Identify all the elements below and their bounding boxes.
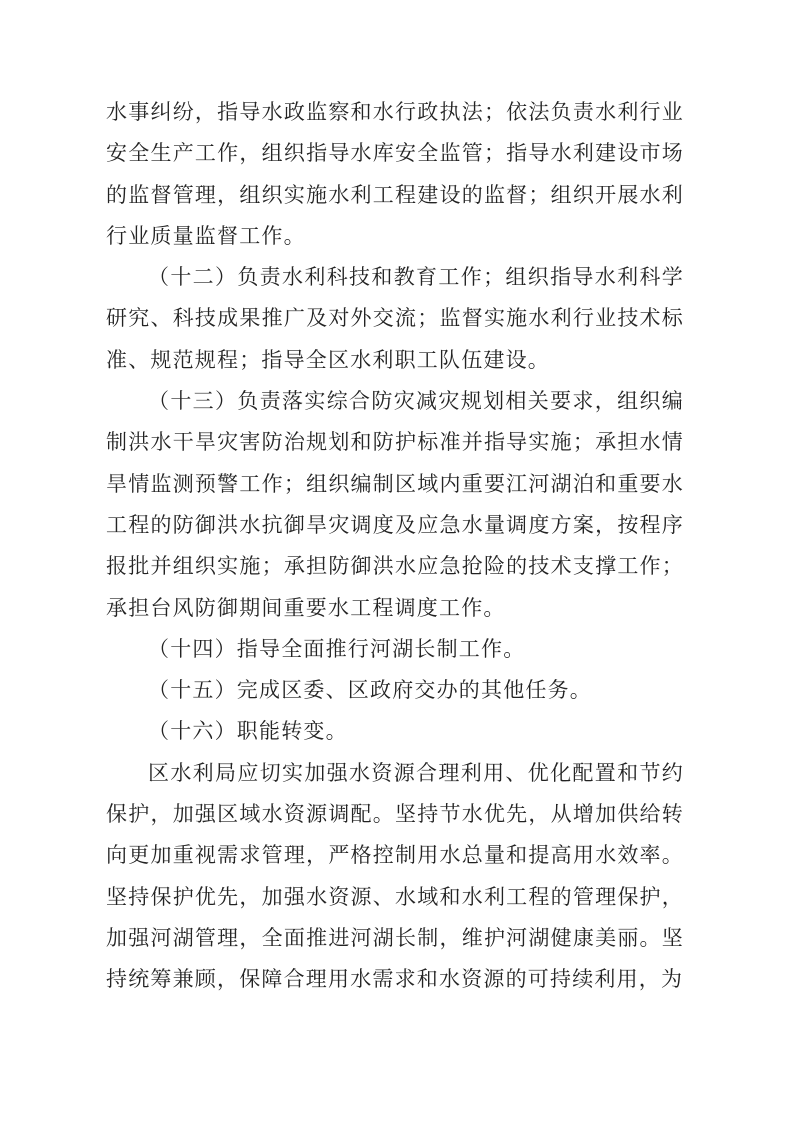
document-body: 水事纠纷，指导水政监察和水行政执法；依法负责水利行业安全生产工作，组织指导水库安… xyxy=(106,92,684,1001)
paragraph-item-15: （十五）完成区委、区政府交办的其他任务。 xyxy=(106,670,684,711)
paragraph-function-transition: 区水利局应切实加强水资源合理利用、优化配置和节约保护，加强区域水资源调配。坚持节… xyxy=(106,753,684,1001)
paragraph-item-16: （十六）职能转变。 xyxy=(106,711,684,752)
paragraph-item-14: （十四）指导全面推行河湖长制工作。 xyxy=(106,629,684,670)
paragraph-item-12: （十二）负责水利科技和教育工作；组织指导水利科学研究、科技成果推广及对外交流；监… xyxy=(106,257,684,381)
document-page: 水事纠纷，指导水政监察和水行政执法；依法负责水利行业安全生产工作，组织指导水库安… xyxy=(0,0,793,1122)
paragraph-item-13: （十三）负责落实综合防灾减灾规划相关要求，组织编制洪水干旱灾害防治规划和防护标准… xyxy=(106,381,684,629)
paragraph-continuation: 水事纠纷，指导水政监察和水行政执法；依法负责水利行业安全生产工作，组织指导水库安… xyxy=(106,92,684,257)
